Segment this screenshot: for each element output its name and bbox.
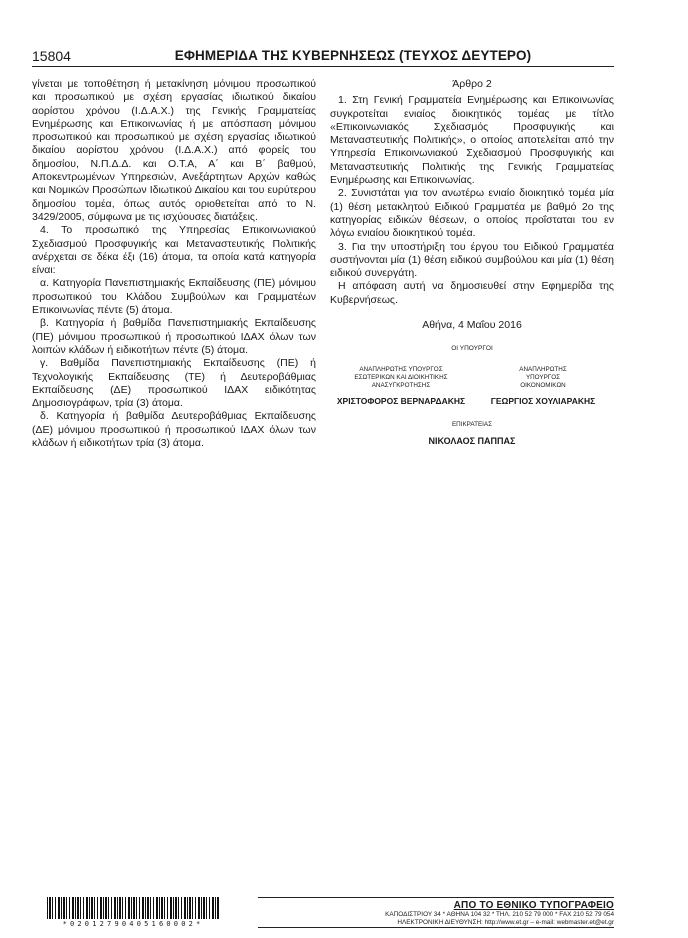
barcode xyxy=(47,897,219,919)
page-header: 15804 ΕΦΗΜΕΡΙΔΑ ΤΗΣ ΚΥΒΕΡΝΗΣΕΩΣ (ΤΕΥΧΟΣ … xyxy=(32,46,614,67)
paragraph: γ. Βαθμίδα Πανεπιστημιακής Εκπαίδευσης (… xyxy=(32,357,316,410)
left-column: γίνεται με τοποθέτηση ή μετακίνηση μόνιμ… xyxy=(32,78,316,450)
paragraph: α. Κατηγορία Πανεπιστημιακής Εκπαίδευσης… xyxy=(32,277,316,317)
signatory-name: ΧΡΙΣΤΟΦΟΡΟΣ ΒΕΡΝΑΡΔΑΚΗΣ xyxy=(330,395,472,408)
footer: ΑΠΟ ΤΟ ΕΘΝΙΚΟ ΤΥΠΟΓΡΑΦΕΙΟ ΚΑΠΟΔΙΣΤΡΙΟΥ 3… xyxy=(258,897,614,928)
date-line: Αθήνα, 4 Μαΐου 2016 xyxy=(330,319,614,332)
paragraph: 3. Για την υποστήριξη του έργου του Ειδι… xyxy=(330,241,614,281)
signatory-name: ΝΙΚΟΛΑΟΣ ΠΑΠΠΑΣ xyxy=(330,435,614,448)
signatory: ΑΝΑΠΛΗΡΩΤΗΣ ΥΠΟΥΡΓΟΣ ΕΣΩΤΕΡΙΚΩΝ ΚΑΙ ΔΙΟΙ… xyxy=(330,366,472,408)
signatory-role: ΕΠΙΚΡΑΤΕΙΑΣ xyxy=(330,418,614,431)
paragraph: γίνεται με τοποθέτηση ή μετακίνηση μόνιμ… xyxy=(32,78,316,224)
right-column: Άρθρο 2 1. Στη Γενική Γραμματεία Ενημέρω… xyxy=(330,78,614,449)
paragraph: δ. Κατηγορία ή βαθμίδα Δευτεροβάθμιας Εκ… xyxy=(32,410,316,450)
footer-address: ΚΑΠΟΔΙΣΤΡΙΟΥ 34 * ΑΘΗΝΑ 104 32 * ΤΗΛ. 21… xyxy=(258,911,614,919)
signatory: ΑΝΑΠΛΗΡΩΤΗΣ ΥΠΟΥΡΓΟΣ ΟΙΚΟΝΟΜΙΚΩΝ ΓΕΩΡΓΙΟ… xyxy=(472,366,614,408)
signatory-role: ΑΝΑΣΥΓΚΡΟΤΗΣΗΣ xyxy=(330,382,472,390)
journal-title: ΕΦΗΜΕΡΙΔΑ ΤΗΣ ΚΥΒΕΡΝΗΣΕΩΣ (ΤΕΥΧΟΣ ΔΕΥΤΕΡ… xyxy=(92,48,614,63)
paragraph: 2. Συνιστάται για τον ανωτέρω ενιαίο διο… xyxy=(330,187,614,240)
signatures-row: ΑΝΑΠΛΗΡΩΤΗΣ ΥΠΟΥΡΓΟΣ ΕΣΩΤΕΡΙΚΩΝ ΚΑΙ ΔΙΟΙ… xyxy=(330,366,614,408)
page-number: 15804 xyxy=(32,48,71,64)
ministers-label: ΟΙ ΥΠΟΥΡΓΟΙ xyxy=(330,342,614,355)
signatory-role: ΥΠΟΥΡΓΟΣ xyxy=(472,374,614,382)
signatory-role: ΑΝΑΠΛΗΡΩΤΗΣ ΥΠΟΥΡΓΟΣ xyxy=(330,366,472,374)
signatory-role: ΑΝΑΠΛΗΡΩΤΗΣ xyxy=(472,366,614,374)
signatory-role: ΕΣΩΤΕΡΙΚΩΝ ΚΑΙ ΔΙΟΙΚΗΤΙΚΗΣ xyxy=(330,374,472,382)
footer-title: ΑΠΟ ΤΟ ΕΘΝΙΚΟ ΤΥΠΟΓΡΑΦΕΙΟ xyxy=(258,900,614,911)
footer-web: ΗΛΕΚΤΡΟΝΙΚΗ ΔΙΕΥΘΥΝΣΗ: http://www.et.gr … xyxy=(258,919,614,927)
paragraph: 1. Στη Γενική Γραμματεία Ενημέρωσης και … xyxy=(330,94,614,187)
signatory-name: ΓΕΩΡΓΙΟΣ ΧΟΥΛΙΑΡΑΚΗΣ xyxy=(472,395,614,408)
paragraph: Η απόφαση αυτή να δημοσιευθεί στην Εφημε… xyxy=(330,280,614,307)
signatory: ΕΠΙΚΡΑΤΕΙΑΣ ΝΙΚΟΛΑΟΣ ΠΑΠΠΑΣ xyxy=(330,418,614,449)
article-heading: Άρθρο 2 xyxy=(330,78,614,91)
signatory-role: ΟΙΚΟΝΟΜΙΚΩΝ xyxy=(472,382,614,390)
paragraph: 4. Το προσωπικό της Υπηρεσίας Επικοινωνι… xyxy=(32,224,316,277)
barcode-text: *02012790405160002* xyxy=(47,920,219,928)
paragraph: β. Κατηγορία ή βαθμίδα Πανεπιστημιακής Ε… xyxy=(32,317,316,357)
